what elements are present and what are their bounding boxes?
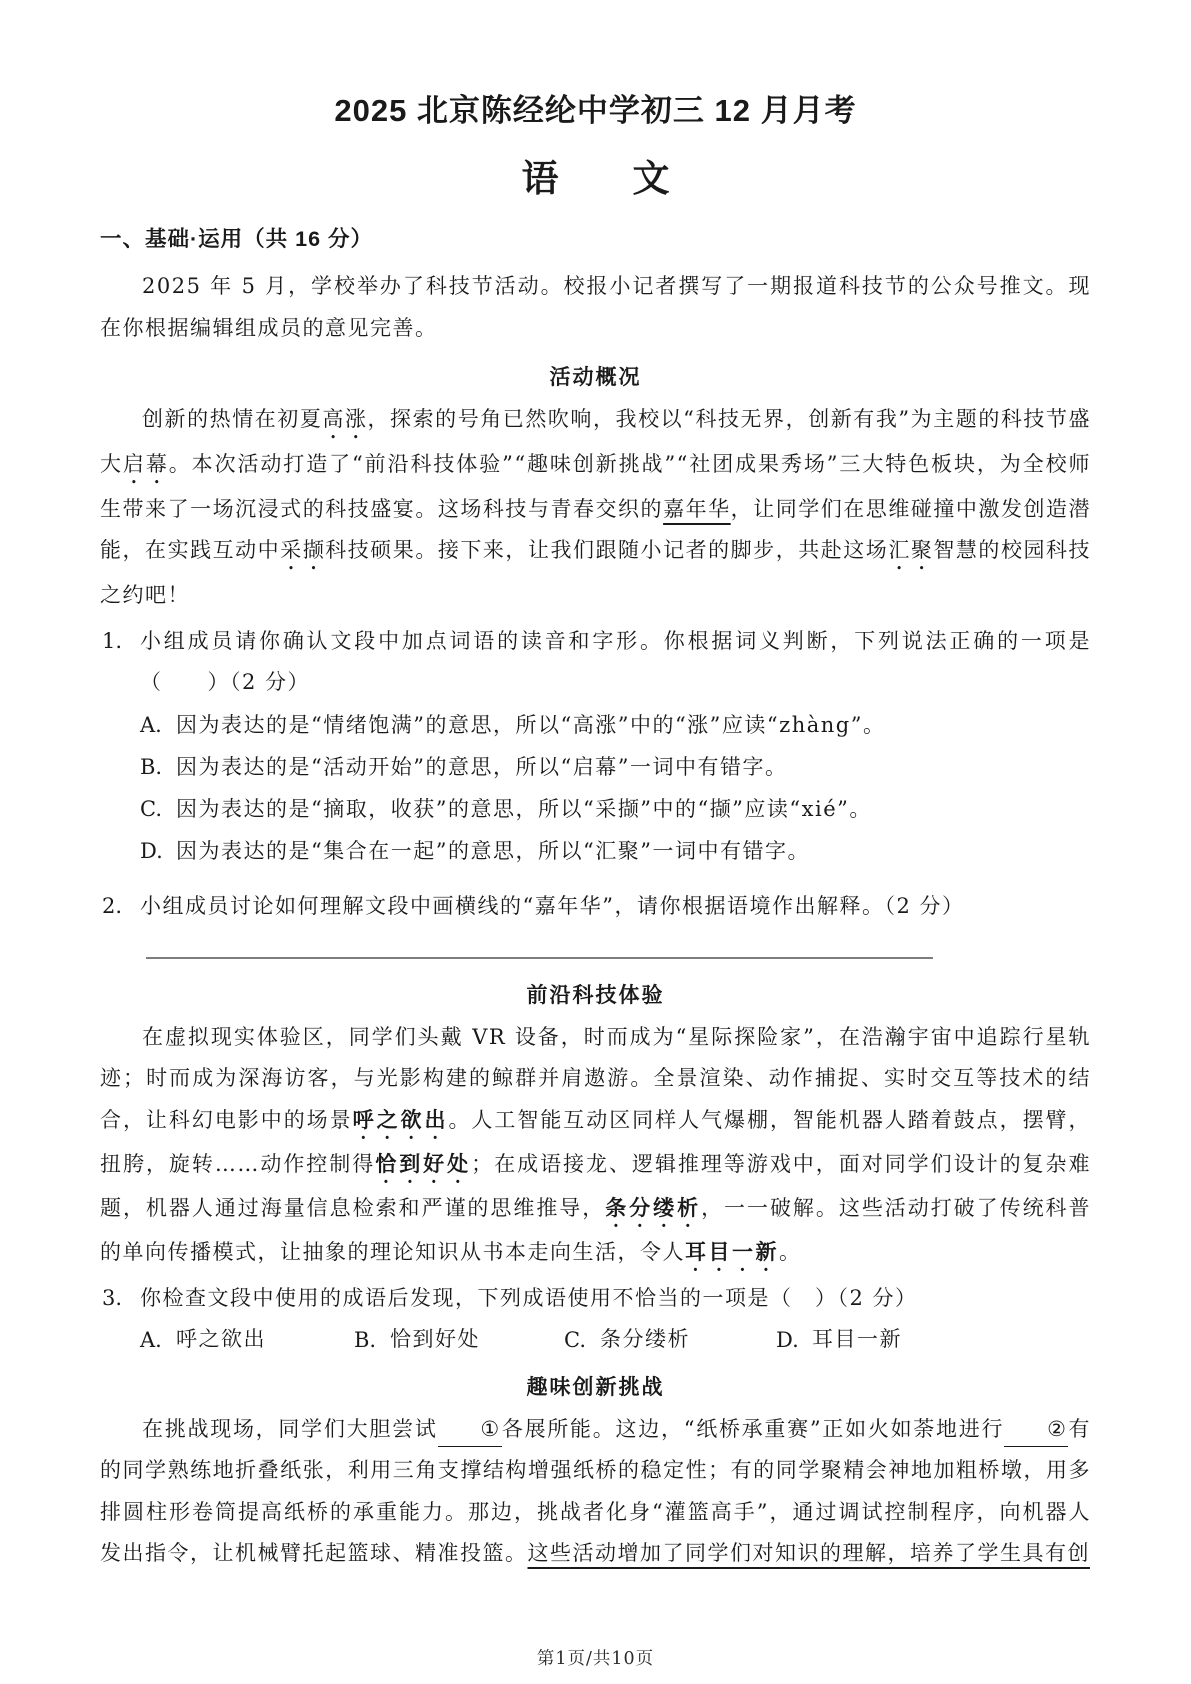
- question-3-stem: 你检查文段中使用的成语后发现，下列成语使用不恰当的一项是（ ）（2 分）: [140, 1278, 1091, 1320]
- question-3-options: A. 呼之欲出 B. 恰到好处 C. 条分缕析 D. 耳目一新: [140, 1319, 1091, 1361]
- option-text: 呼之欲出: [176, 1319, 266, 1361]
- option-text: 因为表达的是“集合在一起”的意思，所以“汇聚”一词中有错字。: [176, 830, 810, 872]
- emphasized-word-gaozhang: 高涨: [322, 407, 367, 431]
- emphasized-word-huiju: 汇聚: [888, 538, 933, 562]
- idiom-qiadaohaochu: 恰到好处: [375, 1153, 471, 1176]
- exam-page: 2025 北京陈经纶中学初三 12 月月考 语 文 一、基础·运用（共 16 分…: [0, 0, 1191, 1684]
- idiom-huzhiyuchu: 呼之欲出: [353, 1109, 449, 1132]
- question-1-option-a: A. 因为表达的是“情绪饱满”的意思，所以“高涨”中的“涨”应读“zhàng”。: [140, 704, 1091, 746]
- question-2: 2. 小组成员讨论如何理解文段中画横线的“嘉年华”，请你根据语境作出解释。（2 …: [100, 886, 1091, 960]
- option-text: 条分缕析: [600, 1319, 690, 1361]
- option-letter: A.: [140, 704, 176, 746]
- text-segment: 科技硕果。接下来，让我们跟随小记者的脚步，共赴这场: [325, 538, 888, 562]
- question-3: 3. 你检查文段中使用的成语后发现，下列成语使用不恰当的一项是（ ）（2 分） …: [100, 1278, 1091, 1362]
- text-segment: 。: [779, 1240, 802, 1264]
- answer-blank-line: [146, 941, 933, 959]
- idiom-tiaofenlvxi: 条分缕析: [605, 1197, 701, 1220]
- blank-circled-2: ②: [1004, 1412, 1068, 1447]
- option-text: 恰到好处: [390, 1319, 480, 1361]
- text-segment: 创新的热情在初夏: [142, 407, 322, 431]
- emphasized-word-qimu: 启幕: [123, 452, 169, 476]
- text-segment: 各展所能。这边，“纸桥承重赛”正如火如荼地进行: [502, 1417, 1005, 1441]
- option-text: 因为表达的是“摘取，收获”的意思，所以“采撷”中的“撷”应读“xié”。: [176, 788, 872, 830]
- passage-title-fun-challenge: 趣味创新挑战: [100, 1367, 1091, 1409]
- question-3-option-c: C. 条分缕析: [564, 1319, 776, 1361]
- option-letter: B.: [140, 746, 176, 788]
- passage-title-frontier-tech: 前沿科技体验: [100, 975, 1091, 1017]
- question-1-number: 1.: [100, 621, 140, 872]
- page-number-indicator: 第1页/共10页: [0, 1645, 1191, 1670]
- question-3-option-b: B. 恰到好处: [354, 1319, 564, 1361]
- intro-paragraph: 2025 年 5 月，学校举办了科技节活动。校报小记者撰写了一期报道科技节的公众…: [100, 266, 1091, 349]
- option-letter: A.: [140, 1319, 176, 1361]
- text-segment: 在挑战现场，同学们大胆尝试: [142, 1417, 438, 1441]
- section-heading-basics: 一、基础·运用（共 16 分）: [100, 222, 1091, 256]
- option-text: 耳目一新: [812, 1319, 902, 1361]
- emphasized-word-caixie: 采撷: [280, 538, 325, 562]
- option-letter: C.: [564, 1319, 600, 1361]
- option-letter: D.: [776, 1319, 812, 1361]
- passage-frontier-tech: 在虚拟现实体验区，同学们头戴 VR 设备，时而成为“星际探险家”，在浩瀚宇宙中追…: [100, 1017, 1091, 1276]
- question-3-option-a: A. 呼之欲出: [140, 1319, 354, 1361]
- question-2-stem: 小组成员讨论如何理解文段中画横线的“嘉年华”，请你根据语境作出解释。（2 分）: [140, 886, 1091, 928]
- question-1-option-d: D. 因为表达的是“集合在一起”的意思，所以“汇聚”一词中有错字。: [140, 830, 1091, 872]
- option-text: 因为表达的是“活动开始”的意思，所以“启幕”一词中有错字。: [176, 746, 787, 788]
- underlined-sentence: 这些活动增加了同学们对知识的理解，培养了学生具有创: [528, 1541, 1091, 1565]
- question-3-number: 3.: [100, 1278, 140, 1362]
- question-1: 1. 小组成员请你确认文段中加点词语的读音和字形。你根据词义判断，下列说法正确的…: [100, 621, 1091, 872]
- idiom-ermuyixin: 耳目一新: [685, 1241, 779, 1264]
- passage-fun-challenge: 在挑战现场，同学们大胆尝试①各展所能。这边，“纸桥承重赛”正如火如荼地进行②有的…: [100, 1409, 1091, 1575]
- exam-title: 2025 北京陈经纶中学初三 12 月月考: [100, 88, 1091, 134]
- option-letter: C.: [140, 788, 176, 830]
- option-text: 因为表达的是“情绪饱满”的意思，所以“高涨”中的“涨”应读“zhàng”。: [176, 704, 885, 746]
- underlined-word-jianianhua: 嘉年华: [663, 497, 731, 521]
- passage-title-activity-overview: 活动概况: [100, 357, 1091, 399]
- passage-activity-overview: 创新的热情在初夏高涨，探索的号角已然吹响，我校以“科技无界，创新有我”为主题的科…: [100, 399, 1091, 617]
- option-letter: D.: [140, 830, 176, 872]
- question-1-option-b: B. 因为表达的是“活动开始”的意思，所以“启幕”一词中有错字。: [140, 746, 1091, 788]
- question-1-stem: 小组成员请你确认文段中加点词语的读音和字形。你根据词义判断，下列说法正确的一项是…: [140, 621, 1091, 704]
- question-1-option-c: C. 因为表达的是“摘取，收获”的意思，所以“采撷”中的“撷”应读“xié”。: [140, 788, 1091, 830]
- question-3-option-d: D. 耳目一新: [776, 1319, 902, 1361]
- question-2-number: 2.: [100, 886, 140, 960]
- blank-circled-1: ①: [438, 1412, 502, 1447]
- subam-subject-title: 语 文: [100, 154, 1091, 204]
- option-letter: B.: [354, 1319, 390, 1361]
